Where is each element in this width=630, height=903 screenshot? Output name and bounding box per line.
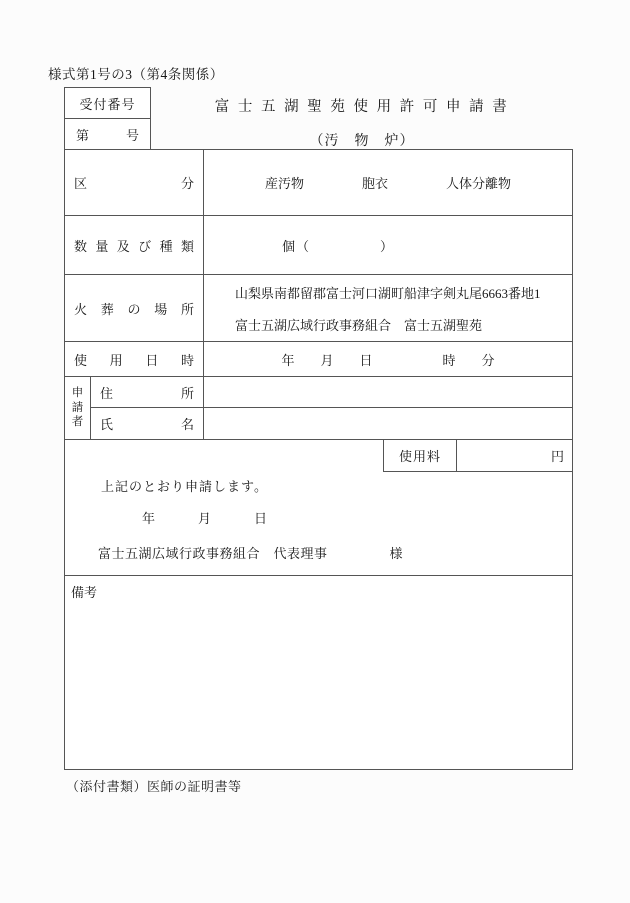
- form-title: 富 士 五 湖 聖 苑 使 用 許 可 申 請 書: [150, 95, 574, 116]
- reception-no-prefix: 第: [76, 125, 89, 144]
- cremation-place-address-line1: 山梨県南都留郡富士河口湖町船津字剣丸尾6663番地1: [235, 283, 541, 302]
- cremation-place-label-cell: 火葬の場所: [65, 275, 204, 341]
- reception-number-row: 第 号: [65, 119, 150, 149]
- use-datetime-label-cell: 使用日時: [65, 342, 204, 376]
- reception-no-suffix: 号: [126, 125, 139, 144]
- applicant-name-value-cell: [204, 408, 572, 439]
- application-statement: 上記のとおり申請します。: [101, 476, 268, 495]
- category-option-ena: 胞衣: [362, 173, 388, 192]
- reception-number-label: 受付番号: [65, 88, 150, 119]
- application-date-line: 年 月 日: [142, 508, 268, 527]
- quantity-label-cell: 数量及び種類: [65, 216, 204, 274]
- cremation-place-address-line2: 富士五湖広域行政事務組合 富士五湖聖苑: [235, 315, 482, 334]
- use-datetime-value-cell: 年 月 日 時 分: [204, 342, 572, 376]
- applicant-address-label-cell: 住所: [91, 377, 204, 407]
- use-date-part: 年 月 日: [281, 350, 372, 369]
- use-time-part: 時 分: [443, 350, 495, 369]
- applicant-name-row: 氏名: [91, 408, 572, 439]
- addressee-name: 富士五湖広域行政事務組合 代表理事: [98, 546, 328, 561]
- row-use-datetime: 使用日時 年 月 日 時 分: [65, 342, 572, 377]
- applicant-address-row: 住所: [91, 377, 572, 408]
- quantity-value-cell: 個（ ）: [204, 216, 572, 274]
- applicant-address-label: 住所: [100, 383, 194, 402]
- applicant-name-label: 氏名: [100, 414, 194, 433]
- category-label-cell: 区分: [65, 150, 204, 215]
- quantity-label: 数量及び種類: [74, 236, 194, 255]
- cremation-place-value-cell: 山梨県南都留郡富士河口湖町船津字剣丸尾6663番地1 富士五湖広域行政事務組合 …: [204, 275, 572, 341]
- form-number-note: 様式第1号の3（第4条関係）: [48, 63, 224, 83]
- addressee-line: 富士五湖広域行政事務組合 代表理事様: [98, 543, 403, 562]
- fee-label: 使用料: [384, 440, 457, 471]
- applicant-name-label-cell: 氏名: [91, 408, 204, 439]
- remarks-section: 備考: [65, 575, 572, 769]
- remarks-label: 備考: [71, 585, 97, 600]
- application-lower-section: 使用料 円 上記のとおり申請します。 年 月 日 富士五湖広域行政事務組合 代表…: [64, 439, 573, 770]
- applicant-group-label: 申請者: [70, 386, 85, 431]
- form-subtitle: （汚 物 炉）: [150, 130, 574, 150]
- fee-value-cell: 円: [457, 440, 572, 471]
- cremation-place-label: 火葬の場所: [74, 299, 194, 318]
- reception-number-box: 受付番号 第 号: [64, 87, 151, 150]
- applicant-rows: 住所 氏名: [91, 377, 572, 439]
- applicant-group-cell: 申請者: [65, 377, 91, 439]
- fee-unit: 円: [551, 446, 564, 465]
- category-option-sanobutsu: 産汚物: [265, 173, 304, 192]
- row-quantity: 数量及び種類 個（ ）: [65, 216, 572, 275]
- row-category: 区分 産汚物 胞衣 人体分離物: [65, 150, 572, 216]
- attachment-note: （添付書類）医師の証明書等: [66, 776, 242, 795]
- row-applicant: 申請者 住所 氏名: [65, 377, 572, 439]
- application-table: 区分 産汚物 胞衣 人体分離物 数量及び種類 個（ ） 火葬の場所 山梨県南都留…: [64, 149, 573, 440]
- application-form-page: 様式第1号の3（第4条関係） 受付番号 第 号 富 士 五 湖 聖 苑 使 用 …: [0, 0, 630, 903]
- use-datetime-label: 使用日時: [74, 350, 194, 369]
- quantity-value: 個（ ）: [282, 236, 394, 255]
- category-value-cell: 産汚物 胞衣 人体分離物: [204, 150, 572, 215]
- row-cremation-place: 火葬の場所 山梨県南都留郡富士河口湖町船津字剣丸尾6663番地1 富士五湖広域行…: [65, 275, 572, 342]
- category-label: 区分: [74, 173, 194, 192]
- addressee-honorific: 様: [390, 546, 404, 561]
- applicant-address-value-cell: [204, 377, 572, 407]
- fee-box: 使用料 円: [383, 439, 573, 472]
- category-option-jintai: 人体分離物: [446, 173, 511, 192]
